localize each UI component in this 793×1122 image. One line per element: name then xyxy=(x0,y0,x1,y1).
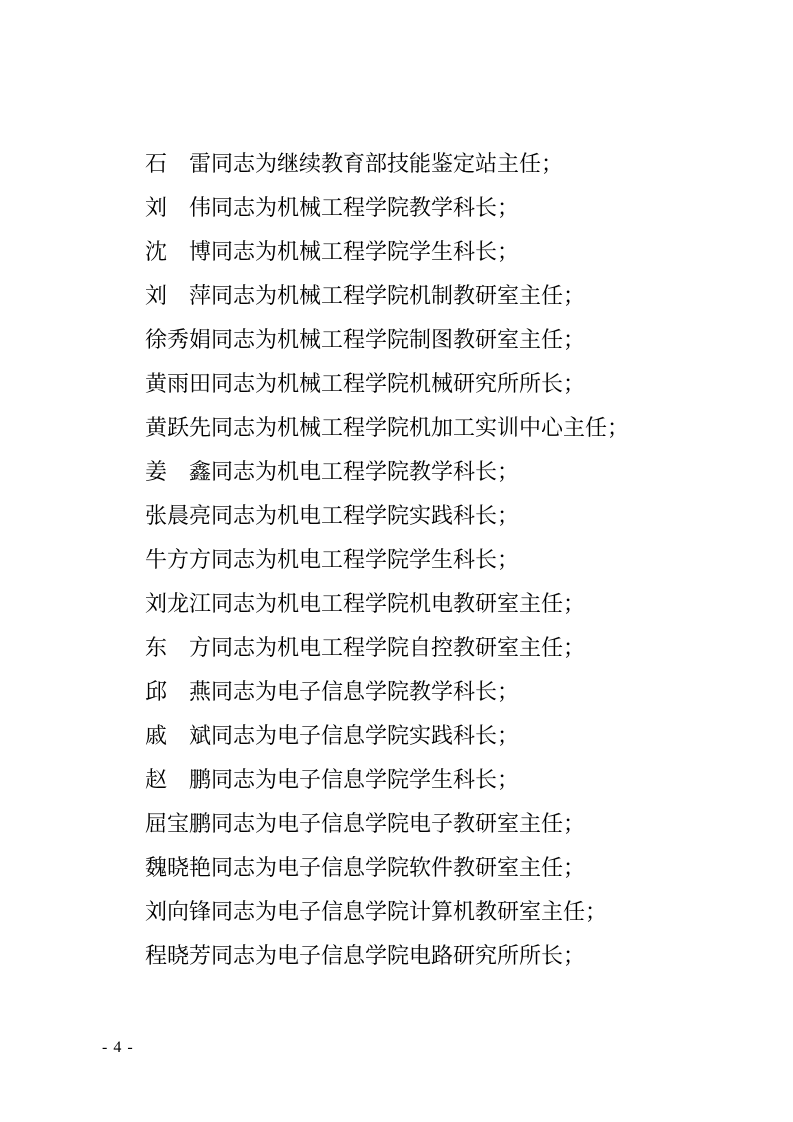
document-page: 石 雷同志为继续教育部技能鉴定站主任；刘 伟同志为机械工程学院教学科长；沈 博同… xyxy=(0,0,793,1122)
document-body: 石 雷同志为继续教育部技能鉴定站主任；刘 伟同志为机械工程学院教学科长；沈 博同… xyxy=(101,142,753,978)
appointment-line: 石 雷同志为继续教育部技能鉴定站主任； xyxy=(101,142,753,186)
appointment-line: 程晓芳同志为电子信息学院电路研究所所长； xyxy=(101,934,753,978)
page-number: - 4 - xyxy=(102,1038,134,1058)
appointment-line: 黄跃先同志为机械工程学院机加工实训中心主任； xyxy=(101,406,753,450)
appointment-line: 屈宝鹏同志为电子信息学院电子教研室主任； xyxy=(101,802,753,846)
appointment-line: 赵 鹏同志为电子信息学院学生科长； xyxy=(101,758,753,802)
appointment-line: 邱 燕同志为电子信息学院教学科长； xyxy=(101,670,753,714)
appointment-line: 刘 萍同志为机械工程学院机制教研室主任； xyxy=(101,274,753,318)
appointment-line: 刘向锋同志为电子信息学院计算机教研室主任； xyxy=(101,890,753,934)
appointment-line: 张晨亮同志为机电工程学院实践科长； xyxy=(101,494,753,538)
appointment-line: 戚 斌同志为电子信息学院实践科长； xyxy=(101,714,753,758)
appointment-line: 刘 伟同志为机械工程学院教学科长； xyxy=(101,186,753,230)
appointment-line: 刘龙江同志为机电工程学院机电教研室主任； xyxy=(101,582,753,626)
appointment-line: 姜 鑫同志为机电工程学院教学科长； xyxy=(101,450,753,494)
appointment-line: 沈 博同志为机械工程学院学生科长； xyxy=(101,230,753,274)
appointment-line: 牛方方同志为机电工程学院学生科长； xyxy=(101,538,753,582)
appointment-line: 徐秀娟同志为机械工程学院制图教研室主任； xyxy=(101,318,753,362)
appointment-line: 黄雨田同志为机械工程学院机械研究所所长； xyxy=(101,362,753,406)
appointment-line: 东 方同志为机电工程学院自控教研室主任； xyxy=(101,626,753,670)
appointment-line: 魏晓艳同志为电子信息学院软件教研室主任； xyxy=(101,846,753,890)
